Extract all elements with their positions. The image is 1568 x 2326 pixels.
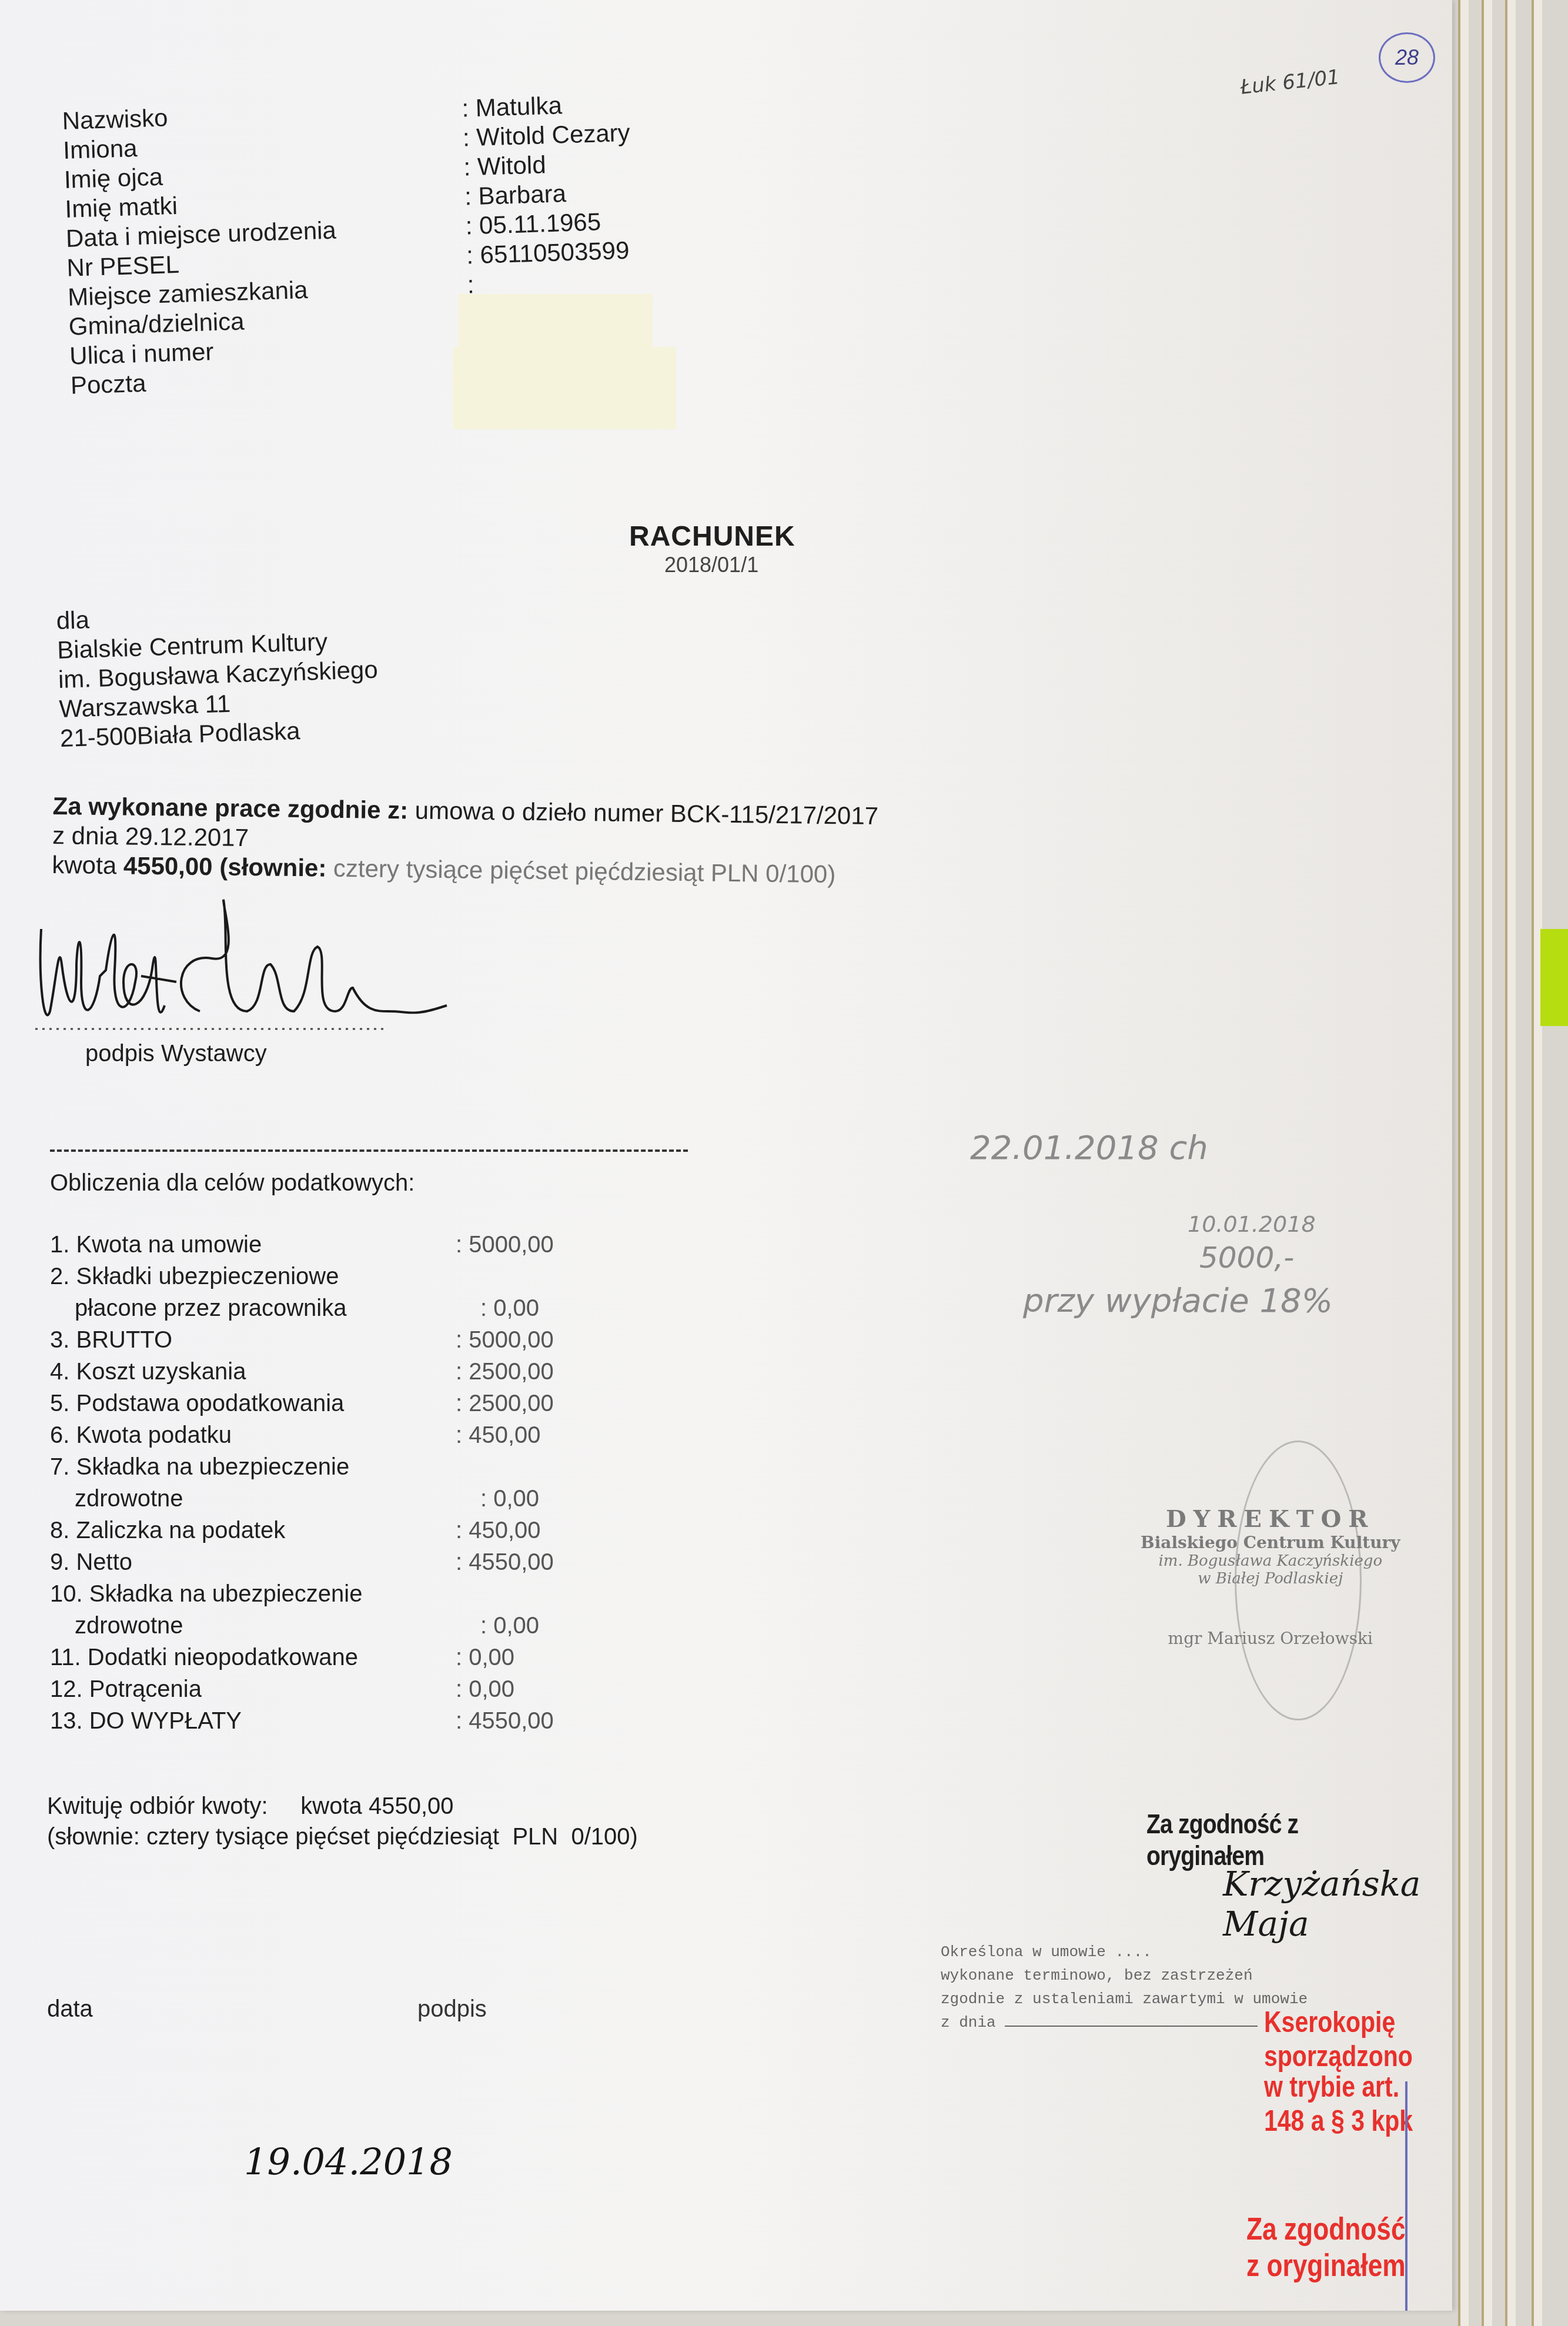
info-value: Witold Cezary — [462, 118, 630, 152]
work-intro: Za wykonane prace zgodnie z: — [52, 792, 408, 824]
calculations-heading: Obliczenia dla celów podatkowych: — [50, 1170, 414, 1197]
signature-caption: podpis Wystawcy — [85, 1041, 267, 1067]
receipt-words-line: (słownie: cztery tysiące pięćset pięćdzi… — [47, 1824, 638, 1854]
info-value: 05.11.1965 — [465, 206, 601, 240]
document-number: 2018/01/1 — [664, 553, 758, 577]
stacked-page-edge — [1505, 0, 1516, 2326]
calc-value: : 5000,00 — [456, 1327, 554, 1359]
contract-reference: umowa o dzieło numer BCK-115/217/2017 — [414, 797, 878, 830]
calc-value: : 0,00 — [480, 1613, 539, 1645]
calc-row: 6. Kwota podatku: 450,00 — [50, 1422, 554, 1454]
stamp-title: DYREKTOR — [1141, 1505, 1400, 1533]
pencil-note: przy wypłacie 18% — [1023, 1282, 1333, 1320]
calc-label: zdrowotne — [50, 1613, 480, 1645]
calc-row: 3. BRUTTO: 5000,00 — [50, 1327, 554, 1359]
document-title: RACHUNEK — [629, 520, 795, 553]
amount-words: cztery tysiące pięćset pięćdziesiąt PLN … — [333, 854, 836, 888]
typed-confirmation: Określona w umowie .... wykonane termino… — [941, 1943, 1308, 2037]
blue-pen-mark — [1405, 2081, 1407, 2311]
calc-label: 5. Podstawa opodatkowania — [50, 1391, 456, 1422]
stamp-name: mgr Mariusz Orzełowski — [1141, 1629, 1400, 1648]
stacked-page-edge — [1532, 0, 1542, 2326]
calc-value: : 5000,00 — [456, 1232, 554, 1264]
calc-row: 7. Składka na ubezpieczenie — [50, 1454, 554, 1486]
info-value: 65110503599 — [466, 235, 630, 270]
amount-prefix: kwota — [52, 851, 116, 879]
stamp-line: im. Bogusława Kaczyńskiego — [1141, 1552, 1400, 1570]
certifier-signature: Krzyżańska Maja — [1223, 1864, 1452, 1944]
calc-row: 11. Dodatki nieopodatkowane: 0,00 — [50, 1645, 554, 1676]
calc-value: : 4550,00 — [456, 1549, 554, 1581]
info-value: Barbara — [464, 178, 566, 210]
calc-value: : 0,00 — [456, 1645, 514, 1676]
handwritten-top-note: Łuk 61/01 — [1239, 65, 1340, 99]
blank-line — [1005, 2026, 1258, 2027]
pencil-note: 5000,- — [1199, 1241, 1294, 1275]
calc-label: płacone przez pracownika — [50, 1295, 480, 1327]
calc-label: 3. BRUTTO — [50, 1327, 456, 1359]
green-sticky-tab — [1540, 929, 1568, 1026]
calc-label: 7. Składka na ubezpieczenie — [50, 1454, 456, 1486]
receipt-block: Kwituję odbiór kwoty: kwota 4550,00 (sło… — [47, 1793, 638, 1854]
recipient-block: dla Bialskie Centrum Kultury im. Bogusła… — [56, 596, 380, 753]
calc-value: : 0,00 — [480, 1486, 539, 1518]
calc-row: zdrowotne: 0,00 — [50, 1486, 554, 1518]
calc-row: zdrowotne: 0,00 — [50, 1613, 554, 1645]
signature-label: podpis — [417, 1996, 487, 2023]
section-divider — [50, 1149, 688, 1152]
red-stamp-line: Za zgodność z oryginałem — [1246, 2211, 1415, 2284]
calc-row: 5. Podstawa opodatkowania: 2500,00 — [50, 1391, 554, 1422]
calc-label: 12. Potrącenia — [50, 1676, 456, 1708]
calc-value: : 450,00 — [456, 1518, 541, 1549]
date-label: data — [47, 1996, 93, 2023]
redaction-mark — [453, 347, 676, 429]
calculations-table: 1. Kwota na umowie: 5000,002. Składki ub… — [50, 1232, 554, 1740]
calc-row: 8. Zaliczka na podatek: 450,00 — [50, 1518, 554, 1549]
work-description: Za wykonane prace zgodnie z: umowa o dzi… — [52, 791, 878, 889]
calc-value: : 0,00 — [480, 1295, 539, 1327]
calc-value: : 2500,00 — [456, 1391, 554, 1422]
calc-row: 12. Potrącenia: 0,00 — [50, 1676, 554, 1708]
issuer-signature — [35, 894, 611, 1047]
stacked-page-edge — [1458, 0, 1469, 2326]
calc-label: 2. Składki ubezpieczeniowe — [50, 1264, 456, 1295]
stacked-page-edge — [1482, 0, 1492, 2326]
red-stamp-line: Kserokopię sporządzono — [1264, 2005, 1418, 2073]
calc-label: zdrowotne — [50, 1486, 480, 1518]
calc-value: : 0,00 — [456, 1676, 514, 1708]
calc-row: 1. Kwota na umowie: 5000,00 — [50, 1232, 554, 1264]
calc-label: 13. DO WYPŁATY — [50, 1708, 456, 1740]
red-stamp-line: w trybie art. 148 a § 3 kpk — [1264, 2070, 1418, 2138]
calc-label: 1. Kwota na umowie — [50, 1232, 456, 1264]
calc-value: : 4550,00 — [456, 1708, 554, 1740]
calc-label: 11. Dodatki nieopodatkowane — [50, 1645, 456, 1676]
calc-label: 4. Koszt uzyskania — [50, 1359, 456, 1391]
calc-row: 10. Składka na ubezpieczenie — [50, 1581, 554, 1613]
calc-label: 8. Zaliczka na podatek — [50, 1518, 456, 1549]
typed-line: Określona w umowie .... — [941, 1943, 1308, 1967]
calc-row: płacone przez pracownika: 0,00 — [50, 1295, 554, 1327]
typed-line: zgodnie z ustaleniami zawartymi w umowie — [941, 1990, 1308, 2014]
amount-words-prefix: (słownie: — [219, 853, 327, 881]
amount-value: 4550,00 — [123, 851, 213, 880]
typed-line: z dnia — [941, 2014, 996, 2031]
calc-value: : 450,00 — [456, 1422, 541, 1454]
stamp-line: w Białej Podlaskiej — [1141, 1570, 1400, 1588]
certified-copy-stamp: Za zgodność z oryginałem — [1146, 1808, 1406, 1872]
calc-row: 2. Składki ubezpieczeniowe — [50, 1264, 554, 1295]
pencil-note: 22.01.2018 ch — [970, 1129, 1208, 1167]
typed-line: wykonane terminowo, bez zastrzeżeń — [941, 1967, 1308, 1990]
calc-label: 9. Netto — [50, 1549, 456, 1581]
director-stamp: DYREKTOR Bialskiego Centrum Kultury im. … — [1141, 1505, 1400, 1648]
info-value: Matulka — [462, 90, 563, 122]
calc-row: 13. DO WYPŁATY: 4550,00 — [50, 1708, 554, 1740]
handwritten-date: 19.04.2018 — [244, 2140, 453, 2183]
calc-label: 10. Składka na ubezpieczenie — [50, 1581, 456, 1613]
calc-value: : 2500,00 — [456, 1359, 554, 1391]
invoice-page: Łuk 61/01 28 NazwiskoMatulkaImionaWitold… — [0, 0, 1452, 2311]
calc-label: 6. Kwota podatku — [50, 1422, 456, 1454]
stamp-line: Bialskiego Centrum Kultury — [1141, 1533, 1400, 1552]
calc-row: 9. Netto: 4550,00 — [50, 1549, 554, 1581]
calc-row: 4. Koszt uzyskania: 2500,00 — [50, 1359, 554, 1391]
page-number-circle: 28 — [1379, 32, 1435, 83]
pencil-note: 10.01.2018 — [1188, 1211, 1316, 1237]
info-value: Witold — [463, 149, 547, 181]
receipt-amount-line: Kwituję odbiór kwoty: kwota 4550,00 — [47, 1793, 638, 1824]
